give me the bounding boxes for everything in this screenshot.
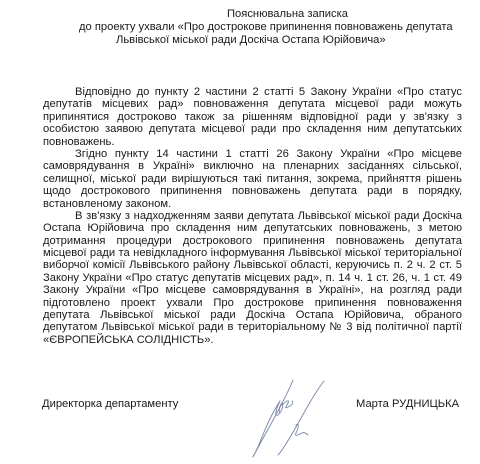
text-line: встановленому законом. xyxy=(43,198,462,210)
text-line: Остапа Юрійовича про складення ним депут… xyxy=(43,222,462,234)
text-line: підготовлено проект ухвали Про достроков… xyxy=(43,297,462,309)
paragraph-3: В зв'язку з надходженням заяви депутата … xyxy=(43,210,462,346)
text-line: припинятися достроково також за рішенням… xyxy=(43,111,462,123)
document-subtitle-line-2: Львівської міської ради Доскіча Остапа Ю… xyxy=(116,34,386,47)
text-line: «ЄВРОПЕЙСЬКА СОЛІДНІСТЬ». xyxy=(43,334,462,346)
text-line: депутатом Львівської міської ради в тери… xyxy=(43,321,462,333)
paragraph-2: Згідно пункту 14 частини 1 статті 26 Зак… xyxy=(43,148,462,210)
text-line: В зв'язку з надходженням заяви депутата … xyxy=(43,210,462,222)
text-line: депутата Львівської міської ради Доскіча… xyxy=(43,309,462,321)
text-line: виборчої комісії Львівського району Льві… xyxy=(43,259,462,271)
text-line: дотримання процедури дострокового припин… xyxy=(43,235,462,247)
signatory-position: Директорка департаменту xyxy=(42,398,178,410)
document-body: Відповідно до пункту 2 частини 2 статті … xyxy=(43,86,462,346)
text-line: особистою заявою депутата місцевої ради … xyxy=(43,123,462,135)
text-line: самоврядування в Україні» виключно на пл… xyxy=(43,160,462,172)
text-line: депутатів місцевих рад» повноваження деп… xyxy=(43,98,462,110)
signature-icon xyxy=(240,375,340,460)
document-title: Пояснювальна записка xyxy=(227,8,348,21)
text-line: Закону України «Про статус депутатів міс… xyxy=(43,272,462,284)
document-subtitle-line-1: до проекту ухвали «Про дострокове припин… xyxy=(79,21,453,34)
text-line: селищної, міської ради вирішуються такі … xyxy=(43,173,462,185)
signatory-name: Марта РУДНИЦЬКА xyxy=(356,398,459,410)
paragraph-1: Відповідно до пункту 2 частини 2 статті … xyxy=(43,86,462,148)
text-line: Закону України «Про місцеве самоврядуван… xyxy=(43,284,462,296)
text-line: повноважень. xyxy=(43,136,462,148)
text-line: щодо дострокового припинення повноважень… xyxy=(43,185,462,197)
text-line: Відповідно до пункту 2 частини 2 статті … xyxy=(43,86,462,98)
text-line: місцевої ради та невідкладного інформува… xyxy=(43,247,462,259)
text-line: Згідно пункту 14 частини 1 статті 26 Зак… xyxy=(43,148,462,160)
